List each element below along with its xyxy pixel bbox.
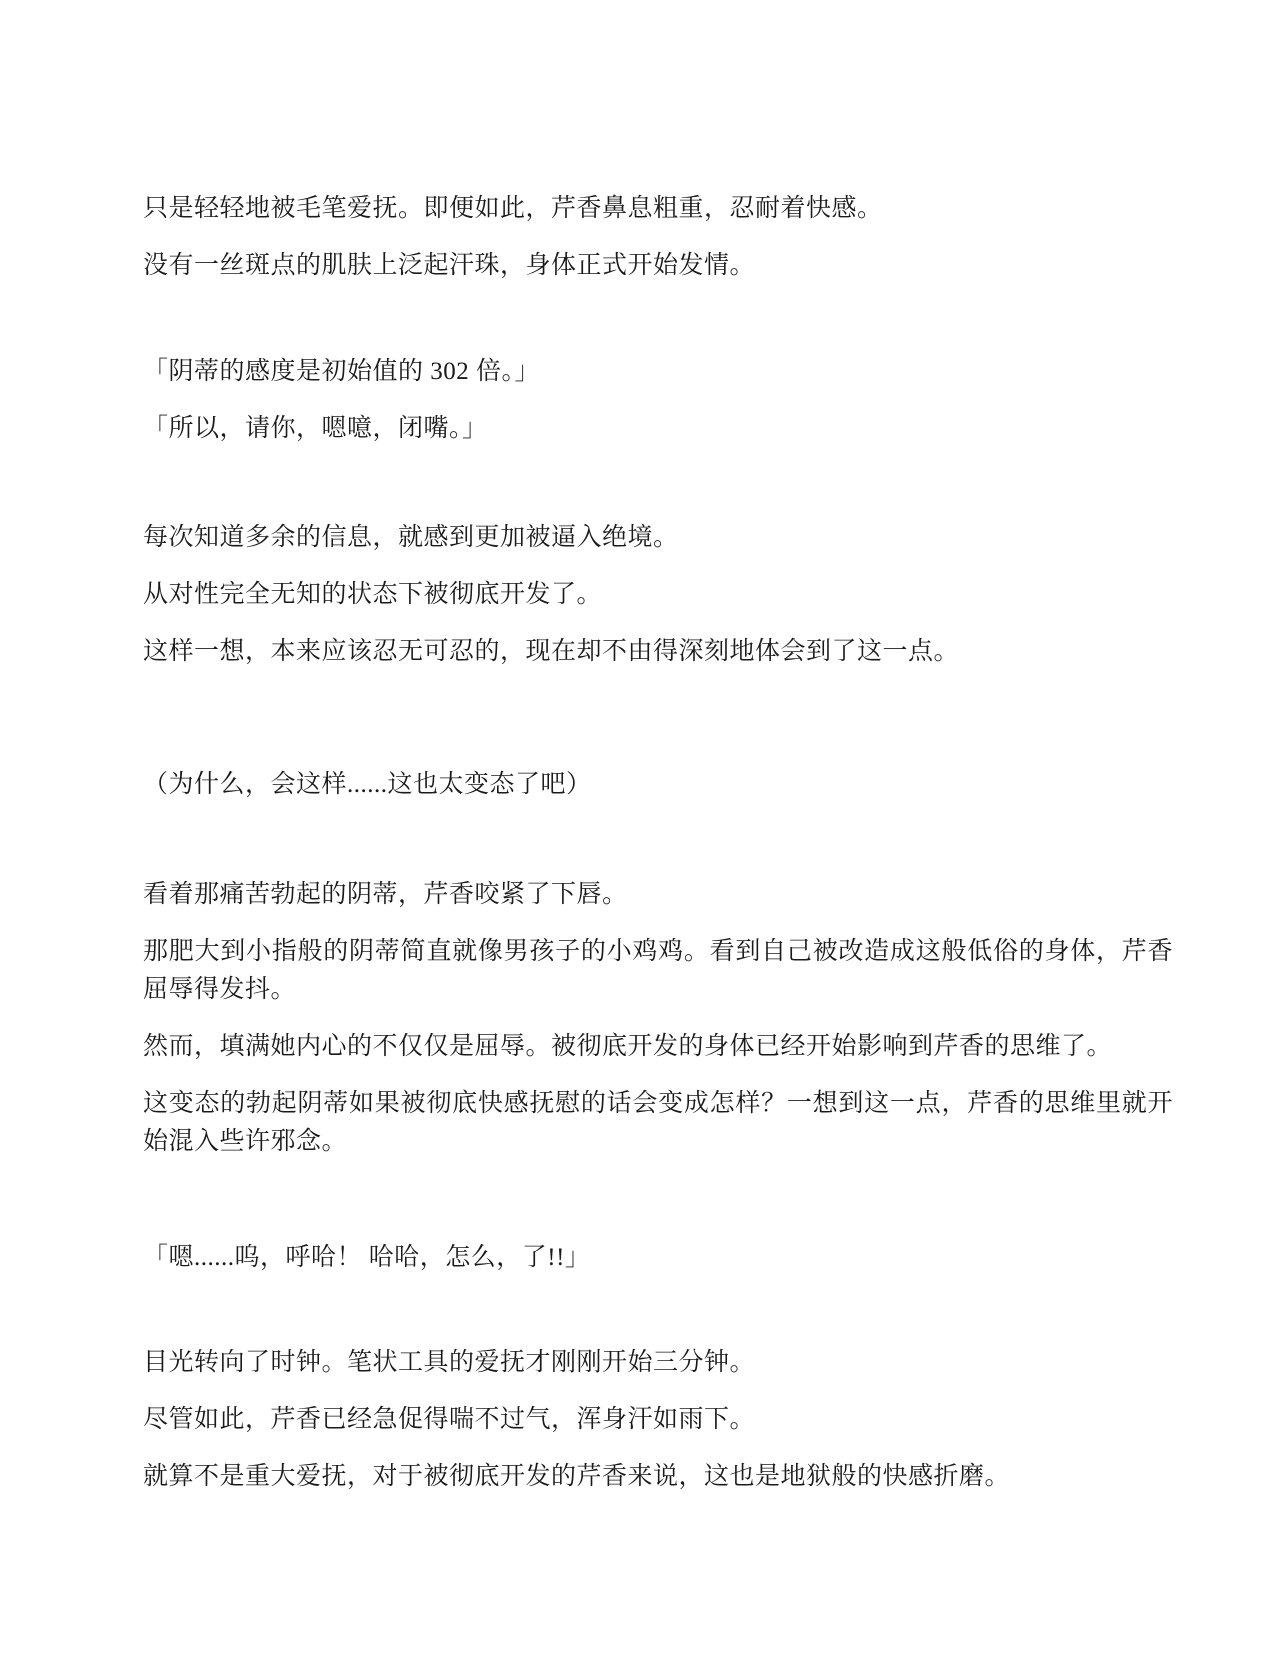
paragraph: 目光转向了时钟。笔状工具的爱抚才刚刚开始三分钟。 [143,1344,1173,1382]
text-section: 看着那痛苦勃起的阴蒂，芹香咬紧了下唇。那肥大到小指般的阴蒂简直就像男孩子的小鸡鸡… [143,876,1173,1180]
text-section: 目光转向了时钟。笔状工具的爱抚才刚刚开始三分钟。尽管如此，芹香已经急促得喘不过气… [143,1344,1173,1515]
paragraph: 就算不是重大爱抚，对于被彻底开发的芹香来说，这也是地狱般的快感折磨。 [143,1458,1173,1496]
text-section: 「阴蒂的感度是初始值的 302 倍。」「所以，请你，嗯噫，闭嘴。」 [143,353,1173,467]
paragraph: 「阴蒂的感度是初始值的 302 倍。」 [143,353,1173,391]
paragraph: 「所以，请你，嗯噫，闭嘴。」 [143,410,1173,448]
paragraph: 只是轻轻地被毛笔爱抚。即便如此，芹香鼻息粗重，忍耐着快感。 [143,190,1173,228]
paragraph: 那肥大到小指般的阴蒂简直就像男孩子的小鸡鸡。看到自己被改造成这般低俗的身体，芹香… [143,933,1173,1009]
paragraph: 没有一丝斑点的肌肤上泛起汗珠，身体正式开始发情。 [143,247,1173,285]
text-section: 每次知道多余的信息，就感到更加被逼入绝境。从对性完全无知的状态下被彻底开发了。这… [143,519,1173,690]
paragraph: 每次知道多余的信息，就感到更加被逼入绝境。 [143,519,1173,557]
document-page: 只是轻轻地被毛笔爱抚。即便如此，芹香鼻息粗重，忍耐着快感。没有一丝斑点的肌肤上泛… [0,0,1280,1656]
paragraph: 看着那痛苦勃起的阴蒂，芹香咬紧了下唇。 [143,876,1173,914]
paragraph: 这变态的勃起阴蒂如果被彻底快感抚慰的话会变成怎样？一想到这一点，芹香的思维里就开… [143,1085,1173,1161]
paragraph: 这样一想，本来应该忍无可忍的，现在却不由得深刻地体会到了这一点。 [143,633,1173,671]
text-section: 「嗯......呜，呼哈！ 哈哈，怎么，了!!」 [143,1239,1173,1296]
paragraph: 然而，填满她内心的不仅仅是屈辱。被彻底开发的身体已经开始影响到芹香的思维了。 [143,1028,1173,1066]
text-section: （为什么，会这样......这也太变态了吧） [143,766,1173,823]
paragraph: 尽管如此，芹香已经急促得喘不过气，浑身汗如雨下。 [143,1401,1173,1439]
paragraph: （为什么，会这样......这也太变态了吧） [143,766,1173,804]
text-section: 只是轻轻地被毛笔爱抚。即便如此，芹香鼻息粗重，忍耐着快感。没有一丝斑点的肌肤上泛… [143,190,1173,304]
paragraph: 从对性完全无知的状态下被彻底开发了。 [143,576,1173,614]
document-body: 只是轻轻地被毛笔爱抚。即便如此，芹香鼻息粗重，忍耐着快感。没有一丝斑点的肌肤上泛… [0,0,1280,1515]
paragraph: 「嗯......呜，呼哈！ 哈哈，怎么，了!!」 [143,1239,1173,1277]
